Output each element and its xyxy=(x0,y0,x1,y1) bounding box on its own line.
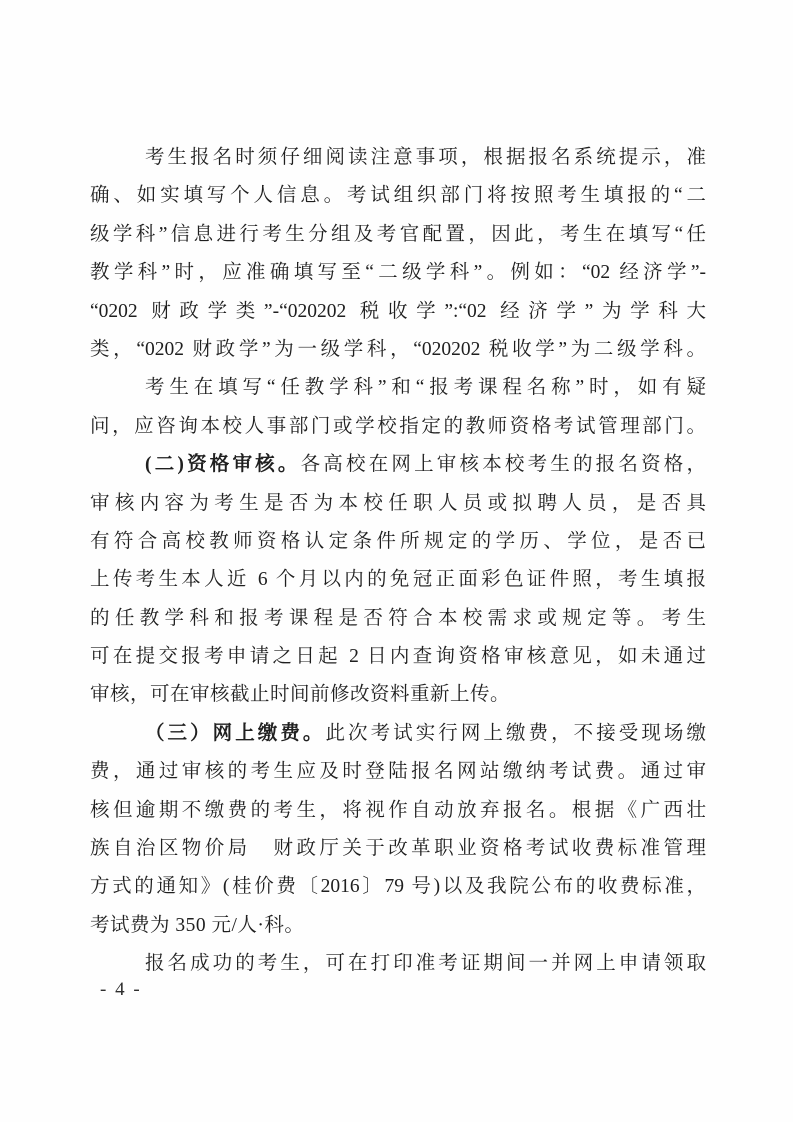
para-online-payment-line-2: 费，通过审核的考生应及时登陆报名网站缴纳考试费。通过审 xyxy=(90,753,706,791)
para-online-payment-line-1: （三）网上缴费。此次考试实行网上缴费，不接受现场缴 xyxy=(90,715,706,753)
para-online-payment-line-5: 方式的通知》(桂价费〔2016〕79 号)以及我院公布的收费标准， xyxy=(90,868,706,906)
para-qualification-review-line-2: 审核内容为考生是否为本校任职人员或拟聘人员，是否具 xyxy=(90,485,706,523)
para-registration-notice-line-4: 教学科”时，应准确填写至“二级学科”。例如：“02 经济学”- xyxy=(90,254,706,292)
para-registration-notice-line-6: 类，“0202 财政学”为一级学科，“020202 税收学”为二级学科。 xyxy=(90,331,706,369)
para-qualification-review-line-6: 可在提交报考申请之日起 2 日内查询资格审核意见，如未通过 xyxy=(90,638,706,676)
para-qualification-review-heading: (二)资格审核。 xyxy=(145,454,301,475)
para-qualification-review-line-7: 审核，可在审核截止时间前修改资料重新上传。 xyxy=(90,676,706,714)
para-consult-departments: 考生在填写“任教学科”和“报考课程名称”时，如有疑问，应咨询本校人事部门或学校指… xyxy=(90,369,706,446)
para-online-payment-line-6: 考试费为 350 元/人·科。 xyxy=(90,907,706,945)
para-admission-ticket: 报名成功的考生，可在打印准考证期间一并网上申请领取 xyxy=(90,945,706,983)
page-number: - 4 - xyxy=(100,977,142,1003)
para-online-payment: （三）网上缴费。此次考试实行网上缴费，不接受现场缴费，通过审核的考生应及时登陆报… xyxy=(90,715,706,945)
document-body: 考生报名时须仔细阅读注意事项，根据报名系统提示，准确、如实填写个人信息。考试组织… xyxy=(90,139,706,984)
para-registration-notice-line-2: 确、如实填写个人信息。考试组织部门将按照考生填报的“二 xyxy=(90,177,706,215)
para-registration-notice-line-3: 级学科”信息进行考生分组及考官配置，因此，考生在填写“任 xyxy=(90,216,706,254)
para-qualification-review-heading-rest: 各高校在网上审核本校考生的报名资格， xyxy=(301,454,706,475)
para-qualification-review-line-1: (二)资格审核。各高校在网上审核本校考生的报名资格， xyxy=(90,446,706,484)
para-online-payment-line-4: 族自治区物价局 财政厅关于改革职业资格考试收费标准管理 xyxy=(90,830,706,868)
para-online-payment-line-3: 核但逾期不缴费的考生，将视作自动放弃报名。根据《广西壮 xyxy=(90,792,706,830)
para-online-payment-heading: （三）网上缴费。 xyxy=(145,723,326,744)
para-registration-notice-line-1: 考生报名时须仔细阅读注意事项，根据报名系统提示，准 xyxy=(90,139,706,177)
para-qualification-review-line-3: 有符合高校教师资格认定条件所规定的学历、学位，是否已 xyxy=(90,523,706,561)
para-admission-ticket-line-1: 报名成功的考生，可在打印准考证期间一并网上申请领取 xyxy=(90,945,706,983)
para-qualification-review-line-5: 的任教学科和报考课程是否符合本校需求或规定等。考生 xyxy=(90,600,706,638)
document-page: 考生报名时须仔细阅读注意事项，根据报名系统提示，准确、如实填写个人信息。考试组织… xyxy=(0,0,793,1122)
para-consult-departments-line-1: 考生在填写“任教学科”和“报考课程名称”时，如有疑 xyxy=(90,369,706,407)
para-registration-notice: 考生报名时须仔细阅读注意事项，根据报名系统提示，准确、如实填写个人信息。考试组织… xyxy=(90,139,706,369)
para-qualification-review: (二)资格审核。各高校在网上审核本校考生的报名资格，审核内容为考生是否为本校任职… xyxy=(90,446,706,715)
para-consult-departments-line-2: 问，应咨询本校人事部门或学校指定的教师资格考试管理部门。 xyxy=(90,408,706,446)
para-online-payment-heading-rest: 此次考试实行网上缴费，不接受现场缴 xyxy=(326,723,706,744)
para-registration-notice-line-5: “0202 财政学类”-“020202 税收学”:“02 经济学”为学科大 xyxy=(90,293,706,331)
para-qualification-review-line-4: 上传考生本人近 6 个月以内的免冠正面彩色证件照，考生填报 xyxy=(90,561,706,599)
